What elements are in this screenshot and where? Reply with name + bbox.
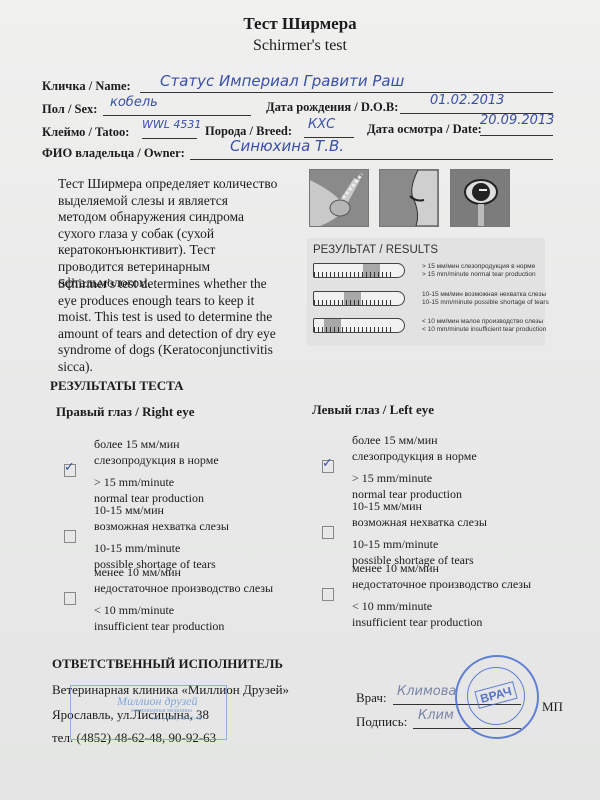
option-text: менее 10 мм/мин: [352, 560, 531, 576]
result-checkbox[interactable]: ✓: [64, 464, 76, 477]
option-text: 10-15 мм/мин: [94, 502, 229, 518]
right-eye-heading: Правый глаз / Right eye: [56, 404, 194, 420]
doctor-label: Врач:: [356, 690, 387, 706]
breed-value[interactable]: КХС: [308, 117, 335, 132]
option-text: < 10 mm/minute: [352, 598, 531, 614]
mp-label: МП: [542, 699, 563, 715]
result-checkbox[interactable]: [322, 526, 334, 539]
option-text: > 15 mm/minute: [94, 474, 219, 490]
results-heading: РЕЗУЛЬТАТЫ ТЕСТА: [50, 378, 184, 394]
option-text: недостаточное производство слезы: [94, 580, 273, 596]
dob-label: Дата рождения / D.O.B:: [266, 100, 398, 115]
strip-hand-image: [309, 169, 369, 227]
doctor-stamp-round: ВРАЧ: [455, 655, 539, 739]
description-ru: Тест Ширмера определяет количество выдел…: [58, 176, 278, 292]
eye-strip-image: [450, 169, 510, 227]
option-text: 10-15 mm/minute: [94, 540, 229, 556]
option-text: insufficient tear production: [352, 614, 531, 630]
title-ru: Тест Ширмера: [0, 14, 600, 34]
sex-line: [103, 115, 251, 116]
option-text: слезопродукция в норме: [94, 452, 219, 468]
stamp-small-text: ветеринарная медицина: [131, 708, 192, 714]
option-text: возможная нехватка слезы: [94, 518, 229, 534]
left-eye-heading: Левый глаз / Left eye: [312, 402, 434, 418]
option-text: 10-15 мм/мин: [352, 498, 487, 514]
tattoo-line: [142, 138, 197, 139]
date-label: Дата осмотра / Date:: [367, 122, 482, 137]
title-en: Schirmer's test: [0, 37, 600, 55]
name-label: Кличка / Name:: [42, 79, 131, 94]
result-option: 10-15 мм/минвозможная нехватка слезы10-1…: [352, 498, 487, 568]
result-option: менее 10 мм/миннедостаточное производств…: [94, 564, 273, 634]
stamp-small-text: тел. (4852) 48-62-48: [151, 716, 202, 722]
option-text: > 15 mm/minute: [352, 470, 477, 486]
stamp-text: Миллион друзей: [117, 694, 198, 709]
sex-label: Пол / Sex:: [42, 102, 97, 117]
result-checkbox[interactable]: [64, 530, 76, 543]
result-checkbox[interactable]: [322, 588, 334, 601]
result-option: менее 10 мм/миннедостаточное производств…: [352, 560, 531, 630]
dob-value[interactable]: 01.02.2013: [430, 93, 504, 108]
option-text: < 10 mm/minute: [94, 602, 273, 618]
option-text: более 15 мм/мин: [352, 432, 477, 448]
signature-label: Подпись:: [356, 714, 407, 730]
result-checkbox[interactable]: ✓: [322, 460, 334, 473]
result-strip: [313, 263, 405, 278]
description-en: Schirmer's test determines whether the e…: [58, 276, 283, 375]
footer-heading: ОТВЕТСТВЕННЫЙ ИСПОЛНИТЕЛЬ: [52, 656, 283, 672]
signature-value[interactable]: Клим: [418, 708, 454, 723]
option-text: 10-15 mm/minute: [352, 536, 487, 552]
option-text: более 15 мм/мин: [94, 436, 219, 452]
tattoo-value[interactable]: WWL 4531: [142, 118, 201, 131]
strip-eyelid-image: [379, 169, 439, 227]
option-text: менее 10 мм/мин: [94, 564, 273, 580]
results-title: РЕЗУЛЬТАТ / RESULTS: [313, 244, 438, 256]
result-text: > 15 мм/мин слезопродукция в норме> 15 m…: [422, 263, 536, 279]
document-page: Тест Ширмера Schirmer's test Кличка / Na…: [0, 0, 600, 800]
result-strip: [313, 318, 405, 333]
checkmark-icon: ✓: [64, 460, 75, 475]
doctor-value[interactable]: Климова: [397, 684, 456, 699]
option-text: недостаточное производство слезы: [352, 576, 531, 592]
result-text: < 10 мм/мин малое производство слезы< 10…: [422, 318, 546, 334]
result-option: более 15 мм/минслезопродукция в норме> 1…: [352, 432, 477, 502]
tattoo-label: Клеймо / Tatoo:: [42, 125, 129, 140]
owner-label: ФИО владельца / Owner:: [42, 146, 185, 161]
result-strip: [313, 291, 405, 306]
result-text: 10-15 мм/мин возможная нехватка слезы10-…: [422, 291, 549, 307]
result-checkbox[interactable]: [64, 592, 76, 605]
date-line: [480, 135, 553, 136]
checkmark-icon: ✓: [322, 456, 333, 471]
option-text: insufficient tear production: [94, 618, 273, 634]
owner-value[interactable]: Синюхина Т.В.: [230, 137, 344, 155]
owner-line: [190, 159, 553, 160]
name-value[interactable]: Статус Империал Гравити Раш: [160, 72, 404, 90]
date-value[interactable]: 20.09.2013: [480, 113, 554, 128]
sex-value[interactable]: кобель: [110, 95, 158, 110]
option-text: слезопродукция в норме: [352, 448, 477, 464]
result-option: более 15 мм/минслезопродукция в норме> 1…: [94, 436, 219, 506]
clinic-stamp-rect: Миллион друзей ветеринарная медицина тел…: [70, 685, 227, 740]
result-option: 10-15 мм/минвозможная нехватка слезы10-1…: [94, 502, 229, 572]
option-text: возможная нехватка слезы: [352, 514, 487, 530]
